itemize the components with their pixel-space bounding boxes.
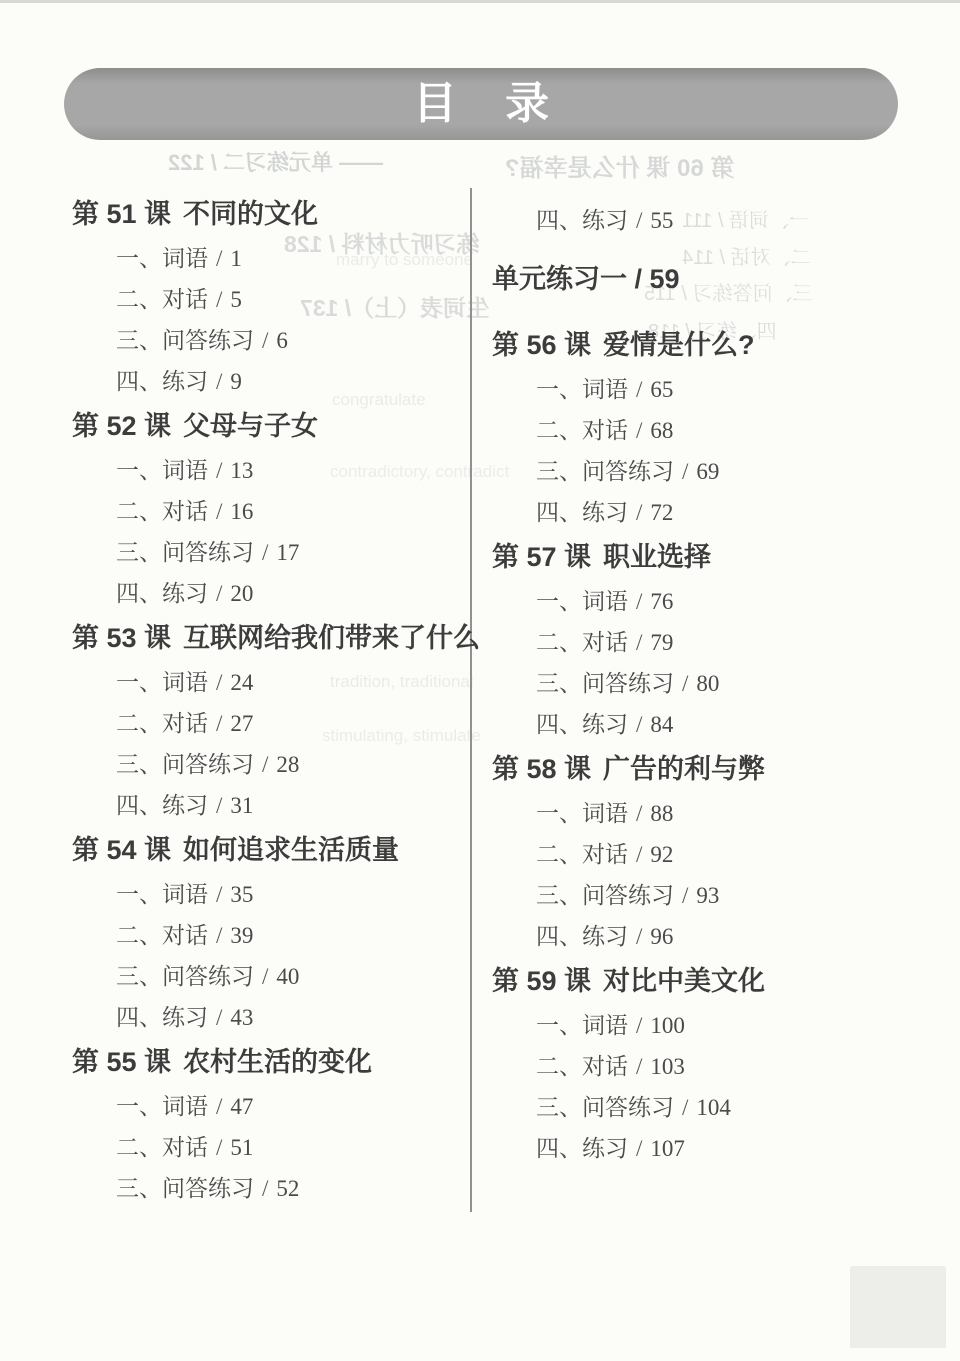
toc-lesson-heading: 第 52 课父母与子女 [72, 408, 464, 444]
toc-entry: 一、词语/35 [72, 874, 464, 915]
toc-entry-label: 三、问答练习 [536, 883, 674, 908]
toc-lesson-title: 爱情是什么? [603, 330, 755, 360]
toc-entry-page: 104 [696, 1095, 731, 1120]
toc-entry-separator: / [208, 923, 230, 948]
toc-entry-page: 13 [230, 458, 253, 483]
toc-entry-label: 一、词语 [116, 670, 208, 695]
toc-lesson-block: 第 59 课对比中美文化一、词语/100二、对话/103三、问答练习/104四、… [492, 963, 922, 1169]
toc-entry-label: 二、对话 [536, 1054, 628, 1079]
toc-entry: 四、练习/20 [72, 573, 464, 614]
toc-entry-label: 三、问答练习 [116, 1176, 254, 1201]
toc-entry: 一、词语/100 [492, 1005, 922, 1046]
toc-entry: 三、问答练习/80 [492, 663, 922, 704]
toc-entry: 二、对话/103 [492, 1046, 922, 1087]
toc-entry-page: 80 [696, 671, 719, 696]
toc-entry: 四、练习/31 [72, 785, 464, 826]
toc-lesson-number: 第 54 课 [72, 835, 171, 865]
toc-entry: 四、练习/72 [492, 492, 922, 533]
title-banner: 目 录 [64, 68, 898, 140]
toc-entry: 一、词语/13 [72, 450, 464, 491]
toc-lesson-block: 第 57 课职业选择一、词语/76二、对话/79三、问答练习/80四、练习/84 [492, 539, 922, 745]
scan-artifact-corner [850, 1266, 946, 1348]
toc-lesson-block: 第 52 课父母与子女一、词语/13二、对话/16三、问答练习/17四、练习/2… [72, 408, 464, 614]
toc-entry-label: 一、词语 [536, 1013, 628, 1038]
toc-entry-label: 二、对话 [116, 711, 208, 736]
toc-lesson-block: 第 55 课农村生活的变化一、词语/47二、对话/51三、问答练习/52 [72, 1044, 464, 1209]
ghost-bleedthrough-text: —— 单元练习二 / 122 [168, 146, 383, 177]
toc-entry-page: 47 [230, 1094, 253, 1119]
toc-entry-page: 55 [650, 208, 673, 233]
toc-unit-title: 单元练习一 [492, 264, 627, 294]
toc-entry-separator: / [254, 964, 276, 989]
toc-entry-label: 一、词语 [536, 801, 628, 826]
toc-entry-separator: / [628, 208, 650, 233]
toc-entry: 四、练习/9 [72, 361, 464, 402]
toc-entry-separator: / [628, 1136, 650, 1161]
toc-entry-separator: / [628, 589, 650, 614]
toc-entry-separator: / [674, 459, 696, 484]
toc-lesson-block: 第 58 课广告的利与弊一、词语/88二、对话/92三、问答练习/93四、练习/… [492, 751, 922, 957]
toc-lesson-number: 第 51 课 [72, 199, 171, 229]
toc-lesson-title: 不同的文化 [183, 199, 318, 229]
toc-entry-page: 27 [230, 711, 253, 736]
toc-entry: 二、对话/5 [72, 279, 464, 320]
toc-entry-label: 三、问答练习 [116, 752, 254, 777]
toc-entry-page: 9 [230, 369, 242, 394]
toc-entry-page: 52 [276, 1176, 299, 1201]
toc-lesson-heading: 第 55 课农村生活的变化 [72, 1044, 464, 1080]
toc-entry: 一、词语/1 [72, 238, 464, 279]
toc-entry-separator: / [208, 1005, 230, 1030]
toc-entry-label: 四、练习 [116, 581, 208, 606]
toc-entry: 四、练习/84 [492, 704, 922, 745]
toc-entry-separator: / [208, 499, 230, 524]
toc-lesson-heading: 第 54 课如何追求生活质量 [72, 832, 464, 868]
toc-entry-label: 四、练习 [536, 208, 628, 233]
toc-entry-page: 88 [650, 801, 673, 826]
toc-entry: 三、问答练习/93 [492, 875, 922, 916]
toc-unit-heading: 单元练习一 / 59 [492, 261, 922, 297]
toc-lesson-block: 第 53 课互联网给我们带来了什么一、词语/24二、对话/27三、问答练习/28… [72, 620, 464, 826]
toc-entry-separator: / [628, 1054, 650, 1079]
toc-entry-separator: / [628, 377, 650, 402]
toc-lesson-number: 第 55 课 [72, 1047, 171, 1077]
toc-entry-page: 40 [276, 964, 299, 989]
toc-entry-label: 二、对话 [116, 287, 208, 312]
toc-entry-label: 三、问答练习 [536, 459, 674, 484]
toc-entry-page: 39 [230, 923, 253, 948]
toc-entry-label: 三、问答练习 [116, 328, 254, 353]
toc-entry-label: 一、词语 [116, 1094, 208, 1119]
toc-entry-label: 二、对话 [116, 1135, 208, 1160]
toc-lesson-heading: 第 57 课职业选择 [492, 539, 922, 575]
toc-entry: 三、问答练习/52 [72, 1168, 464, 1209]
toc-entry-separator: / [208, 246, 230, 271]
column-divider [470, 188, 472, 1212]
toc-entry-separator: / [208, 711, 230, 736]
toc-entry: 三、问答练习/28 [72, 744, 464, 785]
toc-entry-separator: / [254, 1176, 276, 1201]
toc-entry-label: 一、词语 [116, 458, 208, 483]
toc-entry-label: 三、问答练习 [536, 671, 674, 696]
toc-entry: 一、词语/76 [492, 581, 922, 622]
toc-entry-page: 31 [230, 793, 253, 818]
toc-lesson-block: 第 56 课爱情是什么?一、词语/65二、对话/68三、问答练习/69四、练习/… [492, 327, 922, 533]
toc-entry: 一、词语/47 [72, 1086, 464, 1127]
toc-entry: 四、练习/96 [492, 916, 922, 957]
toc-entry: 二、对话/68 [492, 410, 922, 451]
toc-entry: 二、对话/16 [72, 491, 464, 532]
toc-entry: 三、问答练习/6 [72, 320, 464, 361]
toc-entry-page: 107 [650, 1136, 685, 1161]
toc-entry-page: 35 [230, 882, 253, 907]
toc-entry-page: 5 [230, 287, 242, 312]
toc-entry-label: 一、词语 [116, 246, 208, 271]
scanned-toc-page: 目 录 —— 单元练习二 / 122第 60 课 什么是幸福?一、词语 / 11… [0, 0, 960, 1361]
toc-entry-label: 二、对话 [536, 630, 628, 655]
toc-entry-separator: / [208, 287, 230, 312]
toc-entry-label: 一、词语 [536, 377, 628, 402]
toc-lesson-block: 第 51 课不同的文化一、词语/1二、对话/5三、问答练习/6四、练习/9 [72, 196, 464, 402]
toc-unit-page: 59 [650, 264, 680, 294]
toc-entry-separator: / [628, 712, 650, 737]
toc-entry-page: 72 [650, 500, 673, 525]
toc-entry-label: 四、练习 [116, 1005, 208, 1030]
toc-entry-separator: / [208, 670, 230, 695]
toc-entry: 二、对话/79 [492, 622, 922, 663]
toc-entry-page: 100 [650, 1013, 685, 1038]
toc-lesson-title: 广告的利与弊 [603, 754, 765, 784]
toc-entry-page: 24 [230, 670, 253, 695]
toc-entry-page: 79 [650, 630, 673, 655]
toc-entry-separator: / [254, 540, 276, 565]
toc-entry-separator: / [674, 1095, 696, 1120]
toc-entry-label: 四、练习 [536, 1136, 628, 1161]
toc-lesson-block: 第 54 课如何追求生活质量一、词语/35二、对话/39三、问答练习/40四、练… [72, 832, 464, 1038]
toc-entry: 二、对话/51 [72, 1127, 464, 1168]
toc-entry: 四、练习/107 [492, 1128, 922, 1169]
toc-entry: 一、词语/65 [492, 369, 922, 410]
toc-entry-page: 20 [230, 581, 253, 606]
toc-entry-page: 6 [276, 328, 288, 353]
toc-lesson-title: 职业选择 [603, 542, 711, 572]
toc-entry-separator: / [208, 369, 230, 394]
toc-entry-separator: / [628, 630, 650, 655]
toc-entry-page: 16 [230, 499, 253, 524]
toc-column-right: 四、练习/55单元练习一 / 59第 56 课爱情是什么?一、词语/65二、对话… [492, 200, 922, 1175]
toc-entry-separator: / [628, 418, 650, 443]
toc-entry: 一、词语/24 [72, 662, 464, 703]
toc-entry-separator: / [208, 882, 230, 907]
toc-lesson-number: 第 57 课 [492, 542, 591, 572]
toc-entry-separator: / [674, 671, 696, 696]
toc-entry-label: 四、练习 [116, 369, 208, 394]
toc-entry-separator: / [627, 264, 650, 294]
scan-artifact-top-edge [0, 0, 960, 3]
toc-entry-label: 二、对话 [536, 842, 628, 867]
toc-entry-label: 三、问答练习 [536, 1095, 674, 1120]
toc-entry-label: 四、练习 [536, 712, 628, 737]
toc-entry-page: 17 [276, 540, 299, 565]
toc-entry-page: 68 [650, 418, 673, 443]
toc-lesson-title: 如何追求生活质量 [183, 835, 399, 865]
ghost-bleedthrough-text: 第 60 课 什么是幸福? [505, 148, 734, 183]
toc-entry-page: 92 [650, 842, 673, 867]
toc-entry-separator: / [628, 801, 650, 826]
toc-entry-label: 一、词语 [116, 882, 208, 907]
toc-lesson-heading: 第 58 课广告的利与弊 [492, 751, 922, 787]
toc-entry: 二、对话/27 [72, 703, 464, 744]
toc-entry-page: 69 [696, 459, 719, 484]
toc-entry-page: 65 [650, 377, 673, 402]
toc-lesson-number: 第 56 课 [492, 330, 591, 360]
toc-entry-page: 84 [650, 712, 673, 737]
toc-column-left: 第 51 课不同的文化一、词语/1二、对话/5三、问答练习/6四、练习/9第 5… [72, 196, 464, 1215]
toc-lesson-title: 互联网给我们带来了什么 [183, 623, 480, 653]
toc-entry-separator: / [208, 1135, 230, 1160]
toc-entry: 二、对话/39 [72, 915, 464, 956]
toc-entry: 二、对话/92 [492, 834, 922, 875]
toc-lesson-heading: 第 56 课爱情是什么? [492, 327, 922, 363]
toc-entry-label: 一、词语 [536, 589, 628, 614]
toc-lesson-heading: 第 51 课不同的文化 [72, 196, 464, 232]
toc-entry-page: 51 [230, 1135, 253, 1160]
toc-entry-label: 二、对话 [536, 418, 628, 443]
toc-entry-separator: / [208, 793, 230, 818]
toc-entry: 四、练习/55 [492, 200, 922, 241]
toc-lesson-heading: 第 53 课互联网给我们带来了什么 [72, 620, 464, 656]
toc-entry-separator: / [628, 1013, 650, 1038]
toc-lesson-number: 第 59 课 [492, 966, 591, 996]
toc-entry-label: 三、问答练习 [116, 540, 254, 565]
toc-entry-separator: / [208, 581, 230, 606]
toc-lesson-heading: 第 59 课对比中美文化 [492, 963, 922, 999]
toc-entry: 三、问答练习/17 [72, 532, 464, 573]
toc-entry-separator: / [208, 458, 230, 483]
toc-lesson-number: 第 58 课 [492, 754, 591, 784]
toc-entry-label: 四、练习 [536, 924, 628, 949]
toc-entry: 三、问答练习/104 [492, 1087, 922, 1128]
toc-entry-page: 96 [650, 924, 673, 949]
toc-entry-page: 93 [696, 883, 719, 908]
toc-entry-separator: / [628, 500, 650, 525]
toc-entry: 三、问答练习/69 [492, 451, 922, 492]
toc-entry: 四、练习/43 [72, 997, 464, 1038]
toc-entry-label: 二、对话 [116, 499, 208, 524]
toc-lesson-number: 第 53 课 [72, 623, 171, 653]
toc-entry-separator: / [254, 752, 276, 777]
toc-entry-separator: / [254, 328, 276, 353]
toc-entry-label: 四、练习 [116, 793, 208, 818]
toc-entry-page: 103 [650, 1054, 685, 1079]
toc-lesson-title: 父母与子女 [183, 411, 318, 441]
toc-entry-separator: / [628, 842, 650, 867]
toc-entry-label: 三、问答练习 [116, 964, 254, 989]
toc-entry-separator: / [208, 1094, 230, 1119]
toc-entry-label: 四、练习 [536, 500, 628, 525]
toc-entry-page: 1 [230, 246, 242, 271]
toc-entry-page: 28 [276, 752, 299, 777]
toc-entry-page: 43 [230, 1005, 253, 1030]
toc-lesson-title: 农村生活的变化 [183, 1047, 372, 1077]
toc-entry-page: 76 [650, 589, 673, 614]
toc-continued-block: 四、练习/55 [492, 200, 922, 241]
toc-entry-separator: / [628, 924, 650, 949]
toc-entry: 一、词语/88 [492, 793, 922, 834]
toc-entry-separator: / [674, 883, 696, 908]
toc-lesson-number: 第 52 课 [72, 411, 171, 441]
toc-entry: 三、问答练习/40 [72, 956, 464, 997]
toc-entry-label: 二、对话 [116, 923, 208, 948]
page-title: 目 录 [395, 82, 567, 126]
toc-lesson-title: 对比中美文化 [603, 966, 765, 996]
